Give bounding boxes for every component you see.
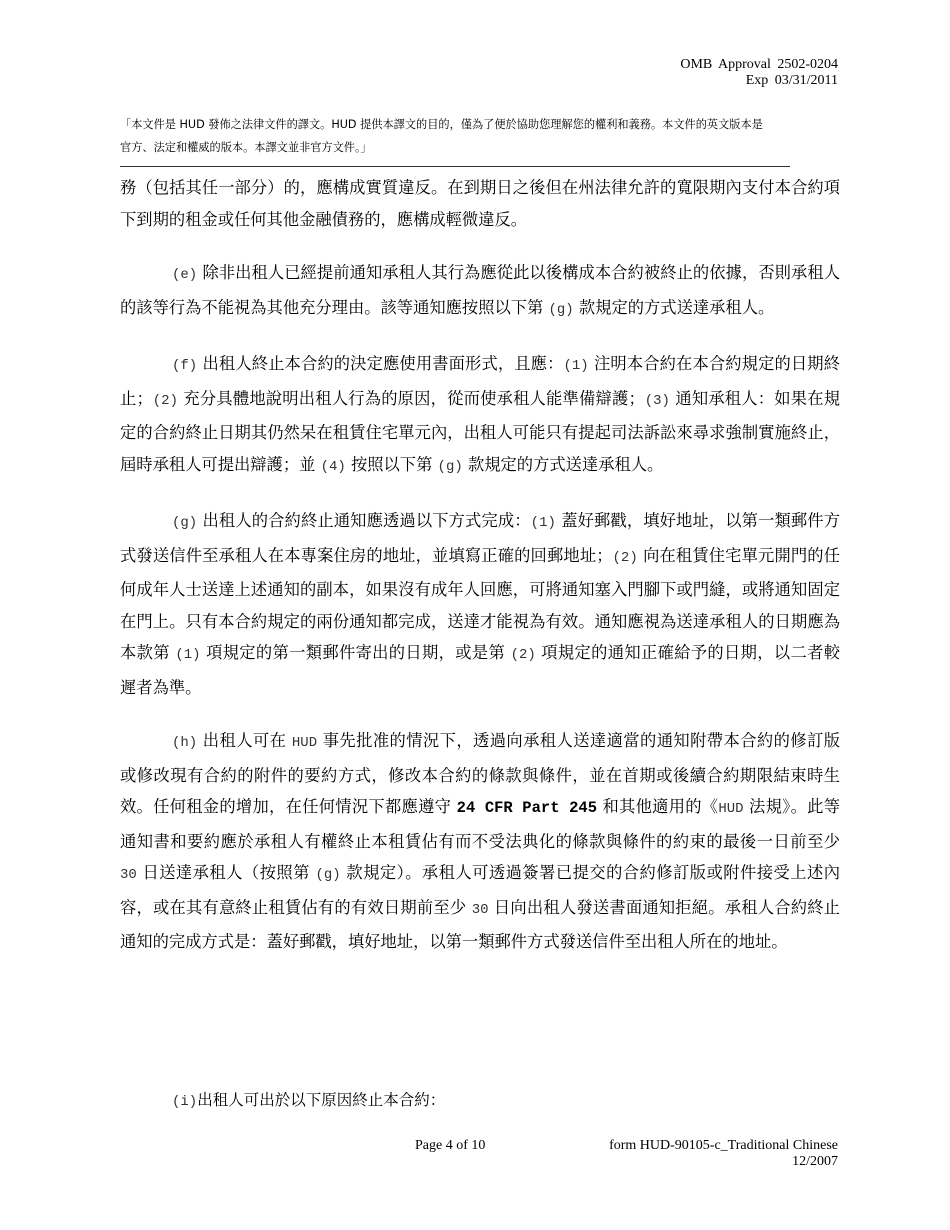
disclaimer-line-2: 官方、法定和權威的版本。本譯文並非官方文件。」 bbox=[120, 136, 840, 159]
form-name: form HUD-90105-c_Traditional Chinese bbox=[609, 1138, 838, 1154]
clause-ref-g: (g) bbox=[438, 459, 463, 475]
clause-label-h: (h) bbox=[172, 735, 197, 751]
omb-approval-number: OMB Approval 2502-0204 bbox=[680, 57, 838, 73]
page-number: Page 4 of 10 bbox=[415, 1138, 485, 1154]
form-identifier: form HUD-90105-c_Traditional Chinese 12/… bbox=[609, 1138, 838, 1170]
clause-label-g: (g) bbox=[172, 515, 197, 531]
header-divider bbox=[120, 166, 790, 167]
paragraph-g: (g) 出租人的合約終止通知應透過以下方式完成：(1) 蓋好郵戳，填好地址，以第… bbox=[120, 505, 840, 703]
paragraph-e: (e) 除非出租人已經提前通知承租人其行為應從此以後構成本合約被終止的依據，否則… bbox=[120, 257, 840, 326]
clause-label-i: (i) bbox=[172, 1094, 197, 1110]
paragraph-i: (i)出租人可出於以下原因終止本合約： bbox=[172, 1088, 445, 1110]
continuation-paragraph: 務（包括其任一部分）的，應構成實質違反。在到期日之後但在州法律允許的寬限期內支付… bbox=[120, 172, 840, 235]
omb-expiration-date: Exp 03/31/2011 bbox=[680, 73, 838, 89]
clause-label-f: (f) bbox=[172, 358, 197, 374]
cfr-citation: 24 CFR Part 245 bbox=[457, 799, 597, 817]
disclaimer-line-1: 「本文件是 HUD 發佈之法律文件的譯文。HUD 提供本譯文的目的，僅為了便於協… bbox=[120, 113, 840, 136]
paragraph-f: (f) 出租人終止本合約的決定應使用書面形式，且應：(1) 注明本合約在本合約規… bbox=[120, 348, 840, 483]
form-date: 12/2007 bbox=[609, 1154, 838, 1170]
translation-disclaimer: 「本文件是 HUD 發佈之法律文件的譯文。HUD 提供本譯文的目的，僅為了便於協… bbox=[120, 113, 840, 159]
clause-ref-g: (g) bbox=[316, 867, 341, 883]
omb-approval-block: OMB Approval 2502-0204 Exp 03/31/2011 bbox=[680, 57, 838, 89]
clause-ref-g: (g) bbox=[549, 302, 574, 318]
clause-label-e: (e) bbox=[172, 267, 197, 283]
paragraph-h: (h) 出租人可在 HUD 事先批准的情況下，透過向承租人送達適當的通知附帶本合… bbox=[120, 725, 840, 958]
document-body: 務（包括其任一部分）的，應構成實質違反。在到期日之後但在州法律允許的寬限期內支付… bbox=[120, 172, 840, 980]
